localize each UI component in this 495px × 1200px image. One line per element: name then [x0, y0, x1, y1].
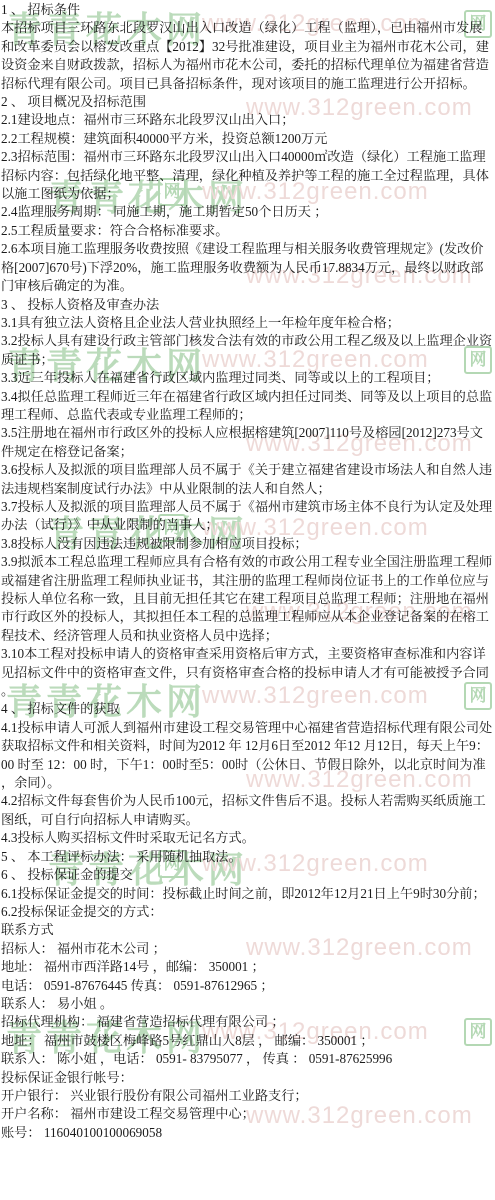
- paragraph: 6.2投标保证金提交的方式：: [1, 903, 494, 921]
- paragraph: 账号： 116040100100069058: [1, 1124, 494, 1142]
- paragraph: 4.2招标文件每套售价为人民币100元，招标文件售后不退。投标人若需购买纸质施工…: [1, 792, 494, 829]
- paragraph: 6 、 投标保证金的提交: [1, 866, 494, 884]
- document-content: 1 、 招标条件本招标项目三环路东北段罗汉山出入口改造（绿化）工程（监理），已由…: [0, 0, 495, 1142]
- paragraph: 2 、 项目概况及招标范围: [1, 93, 494, 111]
- paragraph: 6.1投标保证金提交的时间：投标截止时间之前，即2012年12月21日上午9时3…: [1, 885, 494, 903]
- paragraph: 2.4监理服务周期： 同施工期，施工期暂定50个日历天 ；: [1, 203, 494, 221]
- paragraph: 投标保证金银行帐号：: [1, 1069, 494, 1087]
- tender-notice-document: 青青花木网网青青花木网网青青花木网网青青花木网网青青花木网网青青花木网网青青花木…: [0, 0, 495, 1200]
- paragraph: 2.2工程规模：建筑面积40000平方米，投资总额1200万元: [1, 130, 494, 148]
- paragraph: 招标代理机构： 福建省营造招标代理有限公司 ；: [1, 1013, 494, 1031]
- paragraph: 3.10本工程对投标申请人的资格审查采用资格后审方式，主要资格审查标准和内容详见…: [1, 645, 494, 700]
- paragraph: 联系人： 陈小姐 ，电话： 0591- 83795077 ， 传真 ： 0591…: [1, 1050, 494, 1068]
- paragraph: 招标内容：包括绿化地平整、清理，绿化种植及养护等工程的施工全过程监理，具体以施工…: [1, 167, 494, 204]
- paragraph: 开户银行： 兴业银行股份有限公司福州工业路支行；: [1, 1087, 494, 1105]
- paragraph: 地址： 福州市西洋路14号 ，邮编： 350001 ；: [1, 958, 494, 976]
- paragraph: 电话： 0591-87676445 传真： 0591-87612965 ；: [1, 977, 494, 995]
- paragraph: 2.3招标范围：福州市三环路东北段罗汉山出入口40000㎡改造（绿化）工程施工监…: [1, 148, 494, 166]
- paragraph: 1 、 招标条件: [1, 1, 494, 19]
- paragraph: 2.5工程质量要求：符合合格标准要求。: [1, 222, 494, 240]
- paragraph: 3.3近三年投标人在福建省行政区域内监理过同类、同等或以上的工程项目；: [1, 369, 494, 387]
- paragraph: 本招标项目三环路东北段罗汉山出入口改造（绿化）工程（监理），已由福州市发展和改革…: [1, 19, 494, 93]
- paragraph: 地址： 福州市鼓楼区梅峰路5号红鼎山人8层 ， 邮编： 350001 ；: [1, 1032, 494, 1050]
- paragraph: 3.1具有独立法人资格且企业法人营业执照经上一年检年度年检合格；: [1, 314, 494, 332]
- paragraph: 4.3投标人购买招标文件时采取无记名方式。: [1, 829, 494, 847]
- paragraph: 4 、 招标文件的获取: [1, 700, 494, 718]
- paragraph: 2.1建设地点：福州市三环路东北段罗汉山出入口；: [1, 111, 494, 129]
- paragraph: 3.2投标人具有建设行政主管部门核发合法有效的市政公用工程乙级及以上监理企业资质…: [1, 332, 494, 369]
- paragraph: 3.7投标人及拟派的项目监理部人员不属于《福州市建筑市场主体不良行为认定及处理办…: [1, 498, 494, 535]
- paragraph: 3.4拟任总监理工程师近三年在福建省行政区域内担任过同类、同等及以上项目的总监理…: [1, 388, 494, 425]
- paragraph: 3 、 投标人资格及审查办法: [1, 296, 494, 314]
- paragraph: 联系人： 易小姐 。: [1, 995, 494, 1013]
- paragraph: 联系方式: [1, 921, 494, 939]
- paragraph: 招标人： 福州市花木公司 ；: [1, 940, 494, 958]
- paragraph: 3.8投标人没有因违法违规被限制参加相应项目投标；: [1, 535, 494, 553]
- paragraph: 5 、 本工程评标办法： 采用随机抽取法。: [1, 848, 494, 866]
- paragraph: 4.1投标申请人可派人到福州市建设工程交易管理中心福建省营造招标代理有限公司处获…: [1, 719, 494, 793]
- paragraph: 3.9拟派本工程总监理工程师应具有合格有效的市政公用工程专业全国注册监理工程师或…: [1, 553, 494, 645]
- paragraph: 3.6投标人及拟派的项目监理部人员不属于《关于建立福建省建设市场法人和自然人违法…: [1, 461, 494, 498]
- paragraph: 开户名称： 福州市建设工程交易管理中心；: [1, 1105, 494, 1123]
- paragraph: 2.6本项目施工监理服务收费按照《建设工程监理与相关服务收费管理规定》(发改价格…: [1, 240, 494, 295]
- paragraph: 3.5注册地在福州市行政区外的投标人应根据榕建筑[2007]110号及榕园[20…: [1, 424, 494, 461]
